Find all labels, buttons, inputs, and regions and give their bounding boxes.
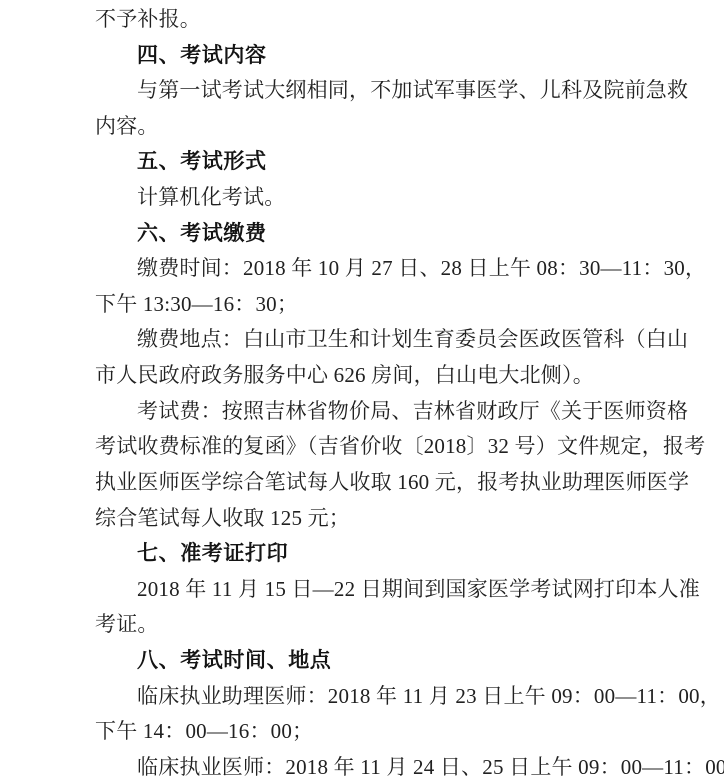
text-line: 2018 年 11 月 15 日—22 日期间到国家医学考试网打印本人准 — [95, 572, 685, 608]
document-page: 不予补报。四、考试内容与第一试考试大纲相同，不加试军事医学、儿科及院前急救内容。… — [0, 0, 724, 778]
text-line: 下午 14：00—16：00； — [95, 714, 685, 750]
text-line: 市人民政府政务服务中心 626 房间，白山电大北侧）。 — [95, 358, 685, 394]
section-heading: 七、准考证打印 — [95, 536, 685, 572]
text-line: 计算机化考试。 — [95, 180, 685, 216]
text-line: 综合笔试每人收取 125 元； — [95, 501, 685, 537]
document-text-column: 不予补报。四、考试内容与第一试考试大纲相同，不加试军事医学、儿科及院前急救内容。… — [95, 2, 685, 778]
section-heading: 六、考试缴费 — [95, 216, 685, 252]
section-heading: 四、考试内容 — [95, 38, 685, 74]
text-line: 不予补报。 — [95, 2, 685, 38]
section-heading: 八、考试时间、地点 — [95, 643, 685, 679]
text-line: 缴费地点：白山市卫生和计划生育委员会医政医管科（白山 — [95, 322, 685, 358]
section-heading: 五、考试形式 — [95, 144, 685, 180]
text-line: 内容。 — [95, 109, 685, 145]
text-line: 临床执业医师：2018 年 11 月 24 日、25 日上午 09：00—11：… — [95, 750, 685, 778]
text-line: 临床执业助理医师：2018 年 11 月 23 日上午 09：00—11：00， — [95, 679, 685, 715]
text-line: 考试费：按照吉林省物价局、吉林省财政厅《关于医师资格 — [95, 394, 685, 430]
text-line: 执业医师医学综合笔试每人收取 160 元，报考执业助理医师医学 — [95, 465, 685, 501]
text-line: 考试收费标准的复函》（吉省价收〔2018〕32 号）文件规定，报考 — [95, 429, 685, 465]
text-line: 下午 13:30—16：30； — [95, 287, 685, 323]
text-line: 与第一试考试大纲相同，不加试军事医学、儿科及院前急救 — [95, 73, 685, 109]
text-line: 考证。 — [95, 607, 685, 643]
text-line: 缴费时间：2018 年 10 月 27 日、28 日上午 08：30—11：30… — [95, 251, 685, 287]
